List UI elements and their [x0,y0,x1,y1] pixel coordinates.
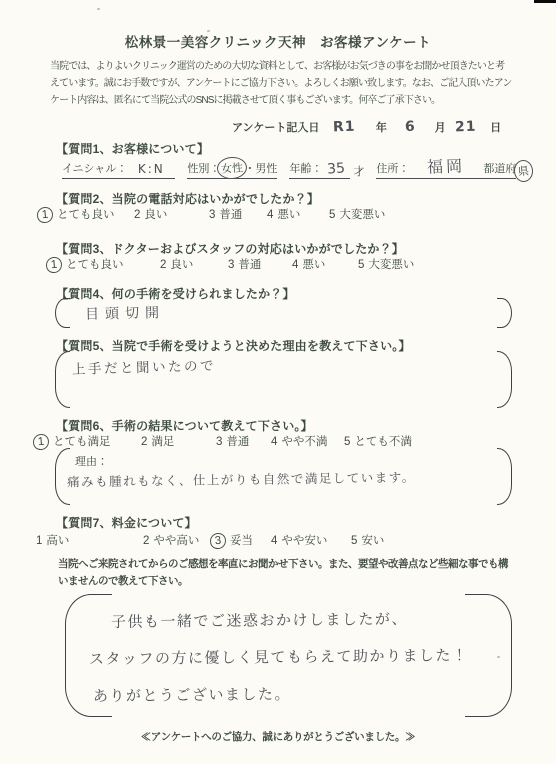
date-day-value: 21 [454,119,476,136]
option-number: 5 [344,436,350,448]
q7-header: 【質問7、料金について】 [56,514,197,531]
option-number: 3 [209,209,215,221]
q6-option-4: 4やや不満 [271,433,344,449]
q7-options: 1高い 2やや高い 3妥当 4やや安い 5安い [36,532,384,549]
address-value: 福岡 [409,153,484,179]
q2-option-2: 2良い [134,206,209,222]
date-year-value: R1 [333,119,356,136]
age-label: 年齢： [289,160,322,176]
option-label: 良い [170,256,193,272]
q7-option-2: 2やや高い [143,532,215,548]
option-label: とても不満 [354,433,412,449]
q2-options: 1とても良い 2良い 3普通 4悪い 5大変悪い [42,206,385,223]
q7-option-1: 1高い [36,532,143,548]
q7-option-4: 4やや安い [271,532,351,548]
option-label: 大変悪い [368,256,414,272]
q6-header: 【質問6、手術の結果について教えて下さい。】 [56,417,313,434]
option-label: やや安い [281,532,327,548]
prefecture-selection-circle: 県 [514,159,534,182]
q5-answer: 上手だと聞いたので [72,354,216,378]
age-suffix: 才 [353,163,364,179]
q2-option-4: 4悪い [267,206,329,222]
q2-option-1: 1とても良い [42,206,134,223]
right-bracket [497,298,512,328]
option-number: 5 [351,535,357,547]
option-number: 2 [141,436,147,448]
initial-value: K:N [127,162,175,176]
option-label: 普通 [219,206,242,222]
form-title: 松林景一美容クリニック天神 お客様アンケート [0,31,556,51]
address-suffix: 都道府 [483,160,516,176]
q7-option-5: 5安い [351,532,384,548]
option-label: 大変悪い [339,206,385,222]
option-number: 5 [329,209,335,221]
survey-date-line: アンケート記入日 R1 年 6 月 21 日 [232,119,501,135]
option-label: とても良い [57,206,115,222]
q2-header: 【質問2、当院の電話対応はいかがでしたか？】 [56,190,319,207]
option-number: 4 [271,436,277,448]
comment-line: スタッフの方に優しく見てもらえて助かりました！ [89,637,492,678]
q5-answer-box: 上手だと聞いたので [55,351,512,408]
option-label: とても良い [66,256,124,272]
q4-answer-box: 目頭切開 [55,298,512,328]
option-number: 3 [216,436,222,448]
option-number: 5 [358,259,364,271]
gender-option-male: 男性 [255,160,277,176]
q3-options: 1とても良い 2良い 3普通 4悪い 5大変悪い [51,256,414,273]
option-label: とても満足 [53,433,111,449]
address-label: 住所： [376,160,409,176]
left-bracket [55,351,70,408]
gender-field: 性別： 女性 ・ 男性 [187,160,277,179]
scan-speck [97,8,100,10]
option-label: 満足 [151,433,174,449]
intro-paragraph: 当院では、よりよいクリニック運営のための大切な資料として、お客様がお気づきの事を… [50,58,513,109]
date-day-suffix: 日 [490,119,501,135]
option-number: 4 [267,209,273,221]
reason-label: 理由： [75,453,108,469]
address-field: 住所： 福岡 都道府 [376,153,516,179]
q6-reason-box: 理由： 痛みも腫れもなく、仕上がりも自然で満足しています。 [55,448,512,505]
q1-fields: イニシャル： K:N 性別： 女性 ・ 男性 年齢： 35 才 住所： 福岡 都… [62,153,530,179]
q3-option-1: 1とても良い [51,256,160,273]
option-label: 悪い [302,256,325,272]
initial-label: イニシャル： [62,160,127,176]
initial-field: イニシャル： K:N [62,160,175,179]
gender-selection-circle: 女性 [217,156,248,180]
q6-option-5: 5とても不満 [344,433,412,449]
date-label: アンケート記入日 [232,119,319,135]
age-value: 35 [322,160,351,178]
q3-option-2: 2良い [160,256,228,272]
q4-answer: 目頭切開 [85,302,165,323]
date-month-suffix: 月 [435,119,446,135]
q2-option-5: 5大変悪い [329,206,385,222]
option-number: 2 [160,259,166,271]
option-number: 3 [228,259,234,271]
q3-option-5: 5大変悪い [358,256,414,272]
q6-option-2: 2満足 [141,433,216,449]
age-field: 年齢： 35 [289,160,350,179]
comment-box: 子供も一緒でご迷惑おかけしましたが、 スタッフの方に優しく見てもらえて助かりまし… [65,594,512,717]
option-label: やや高い [153,532,199,548]
option-number: 4 [271,535,277,547]
option-label: 普通 [226,433,249,449]
option-label: 悪い [277,206,300,222]
option-number: 1 [36,535,42,547]
comment-line: 子供も一緒でご迷惑おかけしましたが、 [111,600,492,641]
q3-option-4: 4悪い [292,256,358,272]
right-bracket [497,351,512,408]
q2-option-3: 3普通 [209,206,267,222]
selection-circle: 3 [209,532,226,549]
q7-option-3: 3妥当 [215,532,271,549]
comment-prompt: 当院へご来院されてからのご感想を率直にお聞かせ下さい。また、要望や改善点など些細… [58,556,513,590]
option-label: 高い [46,532,69,548]
q3-header: 【質問3、ドクターおよびスタッフの対応はいかがでしたか？】 [56,240,404,257]
selection-circle: 1 [45,256,62,273]
scan-artifact-bar [534,0,556,3]
option-label: 妥当 [230,532,253,548]
comment-line: ありがとうございました。 [93,674,492,715]
comment-lines: 子供も一緒でご迷惑おかけしましたが、 スタッフの方に優しく見てもらえて助かりまし… [65,602,492,713]
left-bracket [55,298,70,328]
date-month-value: 6 [405,119,416,135]
right-bracket [497,448,512,505]
option-label: 良い [144,206,167,222]
footer-thanks: ≪アンケートへのご協力、誠にありがとうございました。≫ [0,729,556,744]
option-label: 安い [361,532,384,548]
gender-label: 性別： [187,160,220,176]
selection-circle: 1 [36,206,53,223]
date-year-suffix: 年 [376,119,387,135]
q6-option-3: 3普通 [216,433,271,449]
option-number: 4 [292,259,298,271]
option-label: やや不満 [281,433,327,449]
option-label: 普通 [238,256,261,272]
survey-scan-page: 松林景一美容クリニック天神 お客様アンケート 当院では、よりよいクリニック運営の… [0,0,556,764]
q6-reason-answer: 痛みも腫れもなく、仕上がりも自然で満足しています。 [67,468,416,491]
option-number: 2 [134,209,140,221]
q3-option-3: 3普通 [228,256,292,272]
selection-circle: 1 [32,433,49,450]
option-number: 2 [143,535,149,547]
